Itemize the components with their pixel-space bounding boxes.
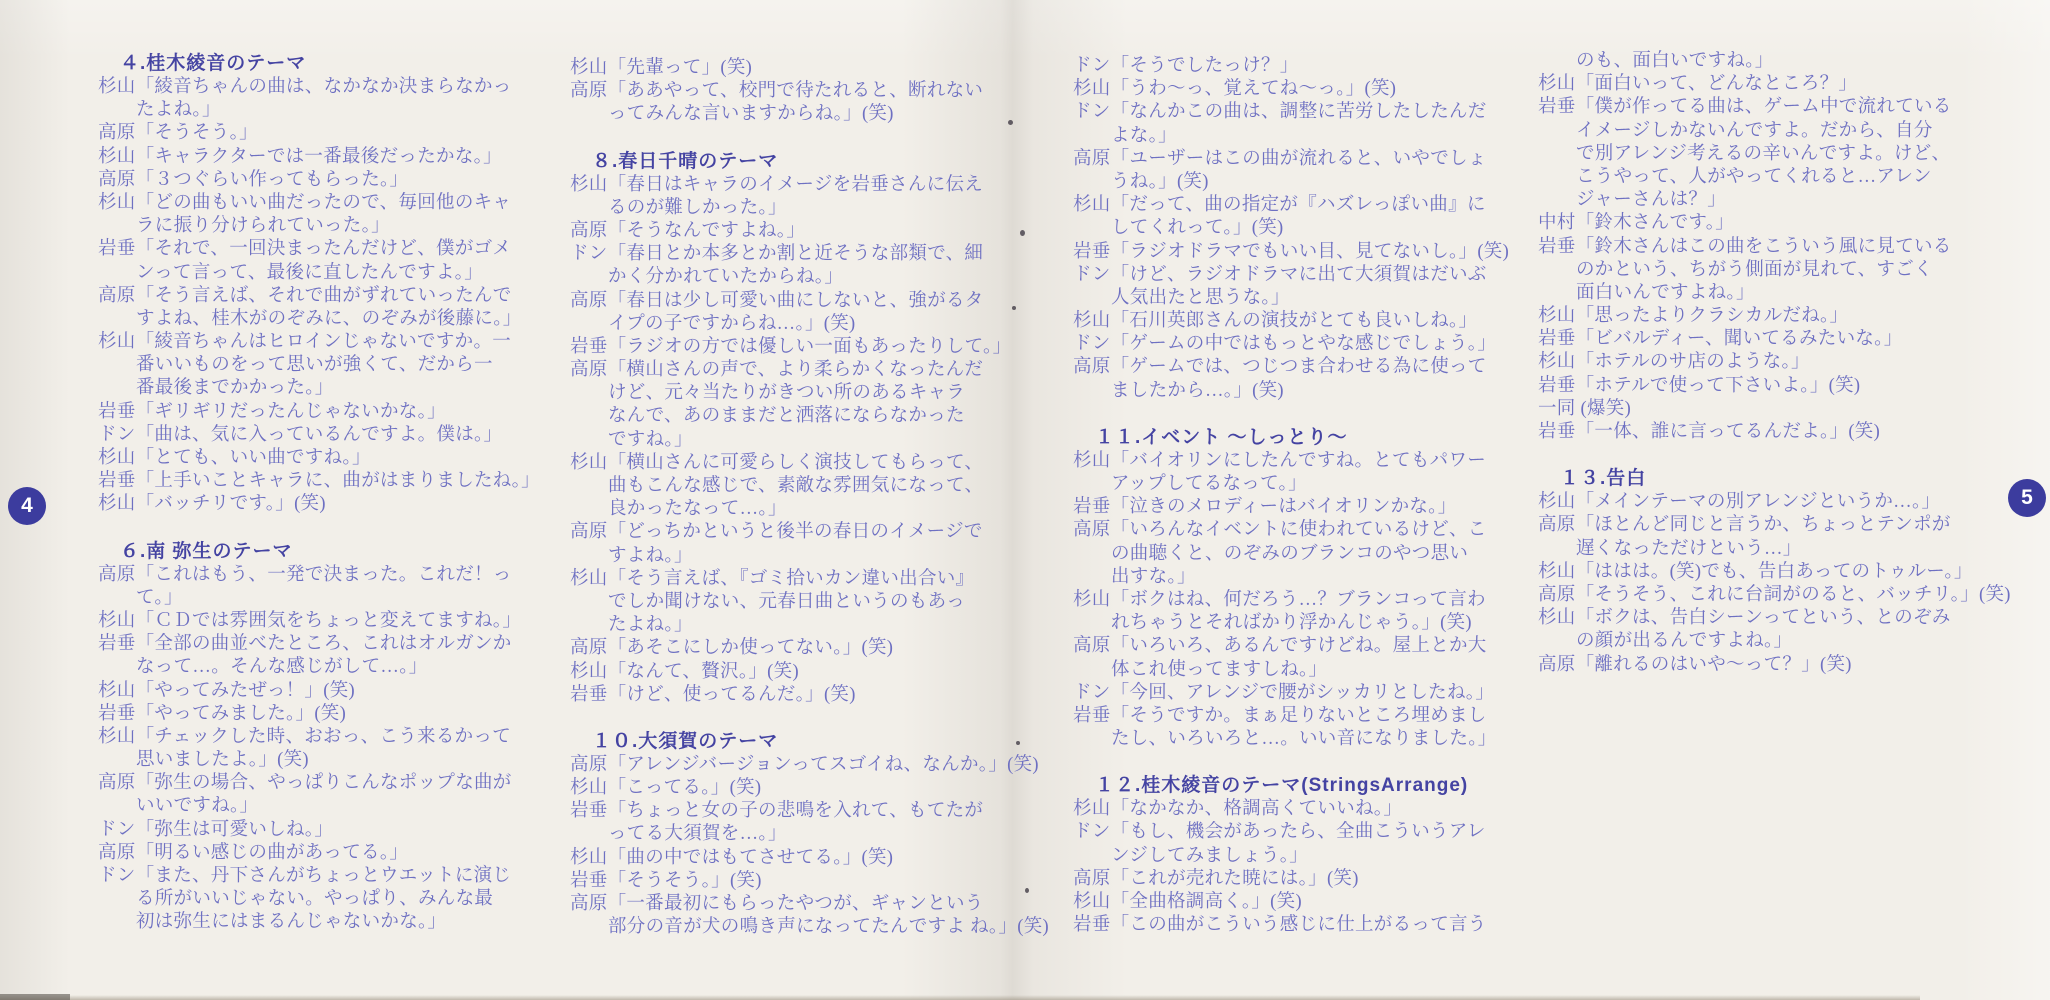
dialogue-line: ドン「そうでしたっけ？」 (1073, 55, 1573, 78)
dialogue-line: 杉山「春日はキャラのイメージを岩垂さんに伝え (570, 174, 1070, 197)
dialogue-line: イメージしかないんですよ。だから、自分 (1538, 120, 2038, 143)
dialogue-line: 杉山「キャラクターでは一番最後だったかな。」 (98, 146, 598, 169)
section-header: ４.桂木綾音のテーマ (98, 52, 598, 76)
dialogue-line: 番最後までかかった。」 (98, 377, 598, 400)
dialogue-line: 岩垂「ラジオの方では優しい一面もあったりして。」 (570, 336, 1070, 359)
scan-speck (1020, 230, 1025, 236)
dialogue-line: アップしてるなって。」 (1073, 473, 1573, 496)
scan-edge-corner (0, 994, 70, 1000)
dialogue-line: すよね、桂木がのぞみに、のぞみが後藤に。」 (98, 308, 598, 331)
dialogue-line: 杉山「そう言えば、『ゴミ拾いカン違い出合い』 (570, 568, 1070, 591)
dialogue-line: 一同 (爆笑) (1538, 398, 2038, 421)
scan-speck (1016, 741, 1020, 745)
dialogue-line: 高原「そうなんですよね。」 (570, 220, 1070, 243)
section-gap (1073, 751, 1573, 774)
dialogue-line: るのが難しかった。」 (570, 197, 1070, 220)
dialogue-line: ドン「今回、アレンジで腰がシッカリとしたね。」 (1073, 682, 1573, 705)
dialogue-line: 杉山「ＣＤでは雰囲気をちょっと変えてますね。」 (98, 610, 598, 633)
dialogue-line: すよね。」 (570, 545, 1070, 568)
dialogue-line: ドン「春日とか本多とか割と近そうな部類で、細 (570, 243, 1070, 266)
dialogue-line: 遅くなっただけという…」 (1538, 538, 2038, 561)
dialogue-line: 高原「一番最初にもらったやつが、ギャンという (570, 893, 1070, 916)
dialogue-line: 高原「これはもう、一発で決まった。これだ！っ (98, 564, 598, 587)
dialogue-line: 岩垂「そうですか。まぁ足りないところ埋めまし (1073, 705, 1573, 728)
dialogue-line: なって…。そんな感じがして…。」 (98, 656, 598, 679)
section-header: １０.大須賀のテーマ (570, 730, 1070, 754)
dialogue-line: 杉山「ホテルのサ店のような。」 (1538, 351, 2038, 374)
dialogue-line: 岩垂「ビバルディー、聞いてるみたいな。」 (1538, 328, 2038, 351)
dialogue-line: ジャーさんは？」 (1538, 189, 2038, 212)
dialogue-line: 番いいものをって思いが強くて、だから一 (98, 354, 598, 377)
dialogue-line: れちゃうとそればかり浮かんじゃう。」(笑) (1073, 612, 1573, 635)
scan-speck (1008, 120, 1013, 125)
dialogue-line: ンジしてみましょう。」 (1073, 845, 1573, 868)
dialogue-line: 曲もこんな感じで、素敵な雰囲気になって、 (570, 475, 1070, 498)
dialogue-line: 杉山「だって、曲の指定が『ハズレっぽい曲』に (1073, 194, 1573, 217)
dialogue-line: 杉山「横山さんに可愛らしく演技してもらって、 (570, 452, 1070, 475)
dialogue-line: 杉山「バイオリンにしたんですね。とてもパワー (1073, 450, 1573, 473)
dialogue-line: なんで、あのままだと洒落にならなかった (570, 405, 1070, 428)
dialogue-line: ラに振り分けられていった。」 (98, 215, 598, 238)
dialogue-line: で別アレンジ考えるの辛いんですよ。けど、 (1538, 143, 2038, 166)
dialogue-line: 高原「３つぐらい作ってもらった。」 (98, 169, 598, 192)
dialogue-line: 岩垂「やってみました。」(笑) (98, 703, 598, 726)
dialogue-line: 杉山「石川英郎さんの演技がとても良いしね。」 (1073, 310, 1573, 333)
dialogue-line: 体これ使ってますしね。」 (1073, 659, 1573, 682)
dialogue-line: 高原「春日は少し可愛い曲にしないと、強がるタ (570, 290, 1070, 313)
dialogue-line: ですね。」 (570, 429, 1070, 452)
dialogue-line: 杉山「綾音ちゃんの曲は、なかなか決まらなかっ (98, 76, 598, 99)
dialogue-line: のも、面白いですね。」 (1538, 50, 2038, 73)
dialogue-line: 出すな。」 (1073, 566, 1573, 589)
dialogue-line: ドン「なんかこの曲は、調整に苦労したしたんだ (1073, 101, 1573, 124)
dialogue-line: 杉山「思ったよりクラシカルだね。」 (1538, 305, 2038, 328)
dialogue-line: 杉山「なんて、贅沢。」(笑) (570, 661, 1070, 684)
dialogue-line: 岩垂「全部の曲並べたところ、これはオルガンか (98, 633, 598, 656)
section-header: １３.告白 (1538, 467, 2038, 491)
dialogue-line: ドン「けど、ラジオドラマに出て大須賀はだいぶ (1073, 264, 1573, 287)
dialogue-line: 杉山「メインテーマの別アレンジというか…。」 (1538, 491, 2038, 514)
dialogue-line: たよね。」 (570, 614, 1070, 637)
dialogue-line: 中村「鈴木さんです。」 (1538, 212, 2038, 235)
dialogue-line: たし、いろいろと…。いい音になりました。」 (1073, 728, 1573, 751)
dialogue-line: 杉山「ボクはね、何だろう…？ブランコって言わ (1073, 589, 1573, 612)
dialogue-line: 良かったなって…。」 (570, 498, 1070, 521)
text-column-2: 杉山「先輩って」(笑)高原「ああやって、校門で待たれると、断れないってみんな言い… (570, 57, 1070, 939)
dialogue-line: ドン「曲は、気に入っているんですよ。僕は。」 (98, 424, 598, 447)
dialogue-line: 杉山「こってる。」(笑) (570, 777, 1070, 800)
dialogue-line: 高原「ユーザーはこの曲が流れると、いやでしょ (1073, 148, 1573, 171)
dialogue-line: ンって言って、最後に直したんですよ。」 (98, 262, 598, 285)
dialogue-line: 高原「いろいろ、あるんですけどね。屋上とか大 (1073, 635, 1573, 658)
scan-speck (1025, 888, 1029, 893)
dialogue-line: ドン「弥生は可愛いしね。」 (98, 819, 598, 842)
dialogue-line: 岩垂「それで、一回決まったんだけど、僕がゴメ (98, 238, 598, 261)
dialogue-line: 岩垂「ちょっと女の子の悲鳴を入れて、もてたが (570, 800, 1070, 823)
section-header: ８.春日千晴のテーマ (570, 150, 1070, 174)
scan-speck (1012, 306, 1016, 310)
dialogue-line: 岩垂「けど、使ってるんだ。」(笑) (570, 684, 1070, 707)
dialogue-line: いいですね。」 (98, 795, 598, 818)
dialogue-line: 高原「ほとんど同じと言うか、ちょっとテンポが (1538, 514, 2038, 537)
dialogue-line: 杉山「うわ〜っ、覚えてね〜っ。」(笑) (1073, 78, 1573, 101)
page-number-badge-right: 5 (2008, 479, 2046, 517)
dialogue-line: 杉山「バッチリです。」(笑) (98, 493, 598, 516)
dialogue-line: 杉山「ボクは、告白シーンってという、とのぞみ (1538, 607, 2038, 630)
dialogue-line: けど、元々当たりがきつい所のあるキャラ (570, 382, 1070, 405)
page-number-left: 4 (21, 494, 33, 518)
dialogue-line: でしか聞けない、元春日曲というのもあっ (570, 591, 1070, 614)
dialogue-line: 岩垂「泣きのメロディーはバイオリンかな。」 (1073, 496, 1573, 519)
dialogue-line: ってみんな言いますからね。」(笑) (570, 103, 1070, 126)
section-gap (98, 517, 598, 540)
section-header: ６.南 弥生のテーマ (98, 540, 598, 564)
dialogue-line: 杉山「綾音ちゃんはヒロインじゃないですか。一 (98, 331, 598, 354)
dialogue-line: 杉山「チェックした時、おおっ、こう来るかって (98, 726, 598, 749)
dialogue-line: 面白いんですよね。」 (1538, 282, 2038, 305)
dialogue-line: イプの子ですからね…。」(笑) (570, 313, 1070, 336)
text-column-3: ドン「そうでしたっけ？」杉山「うわ〜っ、覚えてね〜っ。」(笑)ドン「なんかこの曲… (1073, 55, 1573, 937)
dialogue-line: 高原「明るい感じの曲があってる。」 (98, 842, 598, 865)
dialogue-line: 杉山「全曲格調高く。」(笑) (1073, 891, 1573, 914)
dialogue-line: 高原「離れるのはいや〜って？」(笑) (1538, 654, 2038, 677)
dialogue-line: 高原「そう言えば、それで曲がずれていったんで (98, 285, 598, 308)
scan-edge-bottom (0, 995, 1920, 1000)
dialogue-line: ドン「また、丹下さんがちょっとウエットに演じ (98, 865, 598, 888)
dialogue-line: 杉山「面白いって、どんなところ？」 (1538, 73, 2038, 96)
dialogue-line: 高原「これが売れた暁には。」(笑) (1073, 868, 1573, 891)
dialogue-line: 杉山「先輩って」(笑) (570, 57, 1070, 80)
page-number-right: 5 (2021, 486, 2033, 510)
section-gap (570, 707, 1070, 730)
dialogue-line: かく分かれていたからね。」 (570, 266, 1070, 289)
dialogue-line: してくれって。」(笑) (1073, 217, 1573, 240)
section-header: １１.イベント 〜しっとり〜 (1073, 426, 1573, 450)
dialogue-line: 杉山「どの曲もいい曲だったので、毎回他のキャ (98, 192, 598, 215)
dialogue-line: こうやって、人がやってくれると…アレン (1538, 166, 2038, 189)
dialogue-line: る所がいいじゃない。やっぱり、みんな最 (98, 888, 598, 911)
dialogue-line: 杉山「ははは。(笑)でも、告白あってのトゥルー。」 (1538, 561, 2038, 584)
dialogue-line: 高原「どっちかというと後半の春日のイメージで (570, 521, 1070, 544)
dialogue-line: ドン「ゲームの中ではもっとやな感じでしょう。」 (1073, 333, 1573, 356)
dialogue-line: 高原「横山さんの声で、より柔らかくなったんだ (570, 359, 1070, 382)
dialogue-line: 部分の音が犬の鳴き声になってたんですよ ね。」(笑) (570, 916, 1070, 939)
dialogue-line: 人気出たと思うな。」 (1073, 287, 1573, 310)
dialogue-line: て。」 (98, 587, 598, 610)
dialogue-line: 高原「ああやって、校門で待たれると、断れない (570, 80, 1070, 103)
dialogue-line: うね。」(笑) (1073, 171, 1573, 194)
dialogue-line: 高原「そうそう、これに台詞がのると、バッチリ。」(笑) (1538, 584, 2038, 607)
section-gap (1073, 403, 1573, 426)
dialogue-line: 岩垂「そうそう。」(笑) (570, 870, 1070, 893)
text-column-4: のも、面白いですね。」杉山「面白いって、どんなところ？」岩垂「僕が作ってる曲は、… (1538, 50, 2038, 677)
dialogue-line: のかという、ちがう側面が見れて、すごく (1538, 259, 2038, 282)
dialogue-line: 岩垂「この曲がこういう感じに仕上がるって言う (1073, 914, 1573, 937)
dialogue-line: たよね。」 (98, 99, 598, 122)
dialogue-line: 杉山「なかなか、格調高くていいね。」 (1073, 798, 1573, 821)
dialogue-line: 初は弥生にはまるんじゃないかな。」 (98, 911, 598, 934)
section-gap (570, 127, 1070, 150)
dialogue-line: 思いましたよ。」(笑) (98, 749, 598, 772)
text-column-1: ４.桂木綾音のテーマ杉山「綾音ちゃんの曲は、なかなか決まらなかったよね。」高原「… (98, 52, 598, 935)
dialogue-line: 岩垂「ギリギリだったんじゃないかな。」 (98, 401, 598, 424)
dialogue-line: 高原「そうそう。」 (98, 122, 598, 145)
dialogue-line: 高原「いろんなイベントに使われているけど、こ (1073, 519, 1573, 542)
dialogue-line: ましたから…。」(笑) (1073, 380, 1573, 403)
dialogue-line: 高原「アレンジバージョンってスゴイね、なんか。」(笑) (570, 754, 1070, 777)
section-gap (1538, 444, 2038, 467)
dialogue-line: 高原「あそこにしか使ってない。」(笑) (570, 637, 1070, 660)
dialogue-line: 岩垂「一体、誰に言ってるんだよ。」(笑) (1538, 421, 2038, 444)
dialogue-line: 岩垂「上手いことキャラに、曲がはまりましたね。」 (98, 470, 598, 493)
dialogue-line: 岩垂「ホテルで使って下さいよ。」(笑) (1538, 375, 2038, 398)
dialogue-line: 杉山「とても、いい曲ですね。」 (98, 447, 598, 470)
dialogue-line: の顔が出るんですよね。」 (1538, 630, 2038, 653)
section-header: １２.桂木綾音のテーマ(StringsArrange) (1073, 774, 1573, 798)
dialogue-line: ってる大須賀を…。」 (570, 823, 1070, 846)
dialogue-line: 岩垂「ラジオドラマでもいい目、見てないし。」(笑) (1073, 241, 1573, 264)
dialogue-line: ドン「もし、機会があったら、全曲こういうアレ (1073, 821, 1573, 844)
dialogue-line: よな。」 (1073, 125, 1573, 148)
dialogue-line: 高原「弥生の場合、やっぱりこんなポップな曲が (98, 772, 598, 795)
dialogue-line: 岩垂「鈴木さんはこの曲をこういう風に見ている (1538, 236, 2038, 259)
page-number-badge-left: 4 (8, 487, 46, 525)
dialogue-line: 杉山「やってみたぜっ！」(笑) (98, 680, 598, 703)
dialogue-line: 杉山「曲の中ではもてさせてる。」(笑) (570, 847, 1070, 870)
dialogue-line: の曲聴くと、のぞみのブランコのやつ思い (1073, 543, 1573, 566)
dialogue-line: 岩垂「僕が作ってる曲は、ゲーム中で流れている (1538, 96, 2038, 119)
dialogue-line: 高原「ゲームでは、つじつま合わせる為に使って (1073, 356, 1573, 379)
